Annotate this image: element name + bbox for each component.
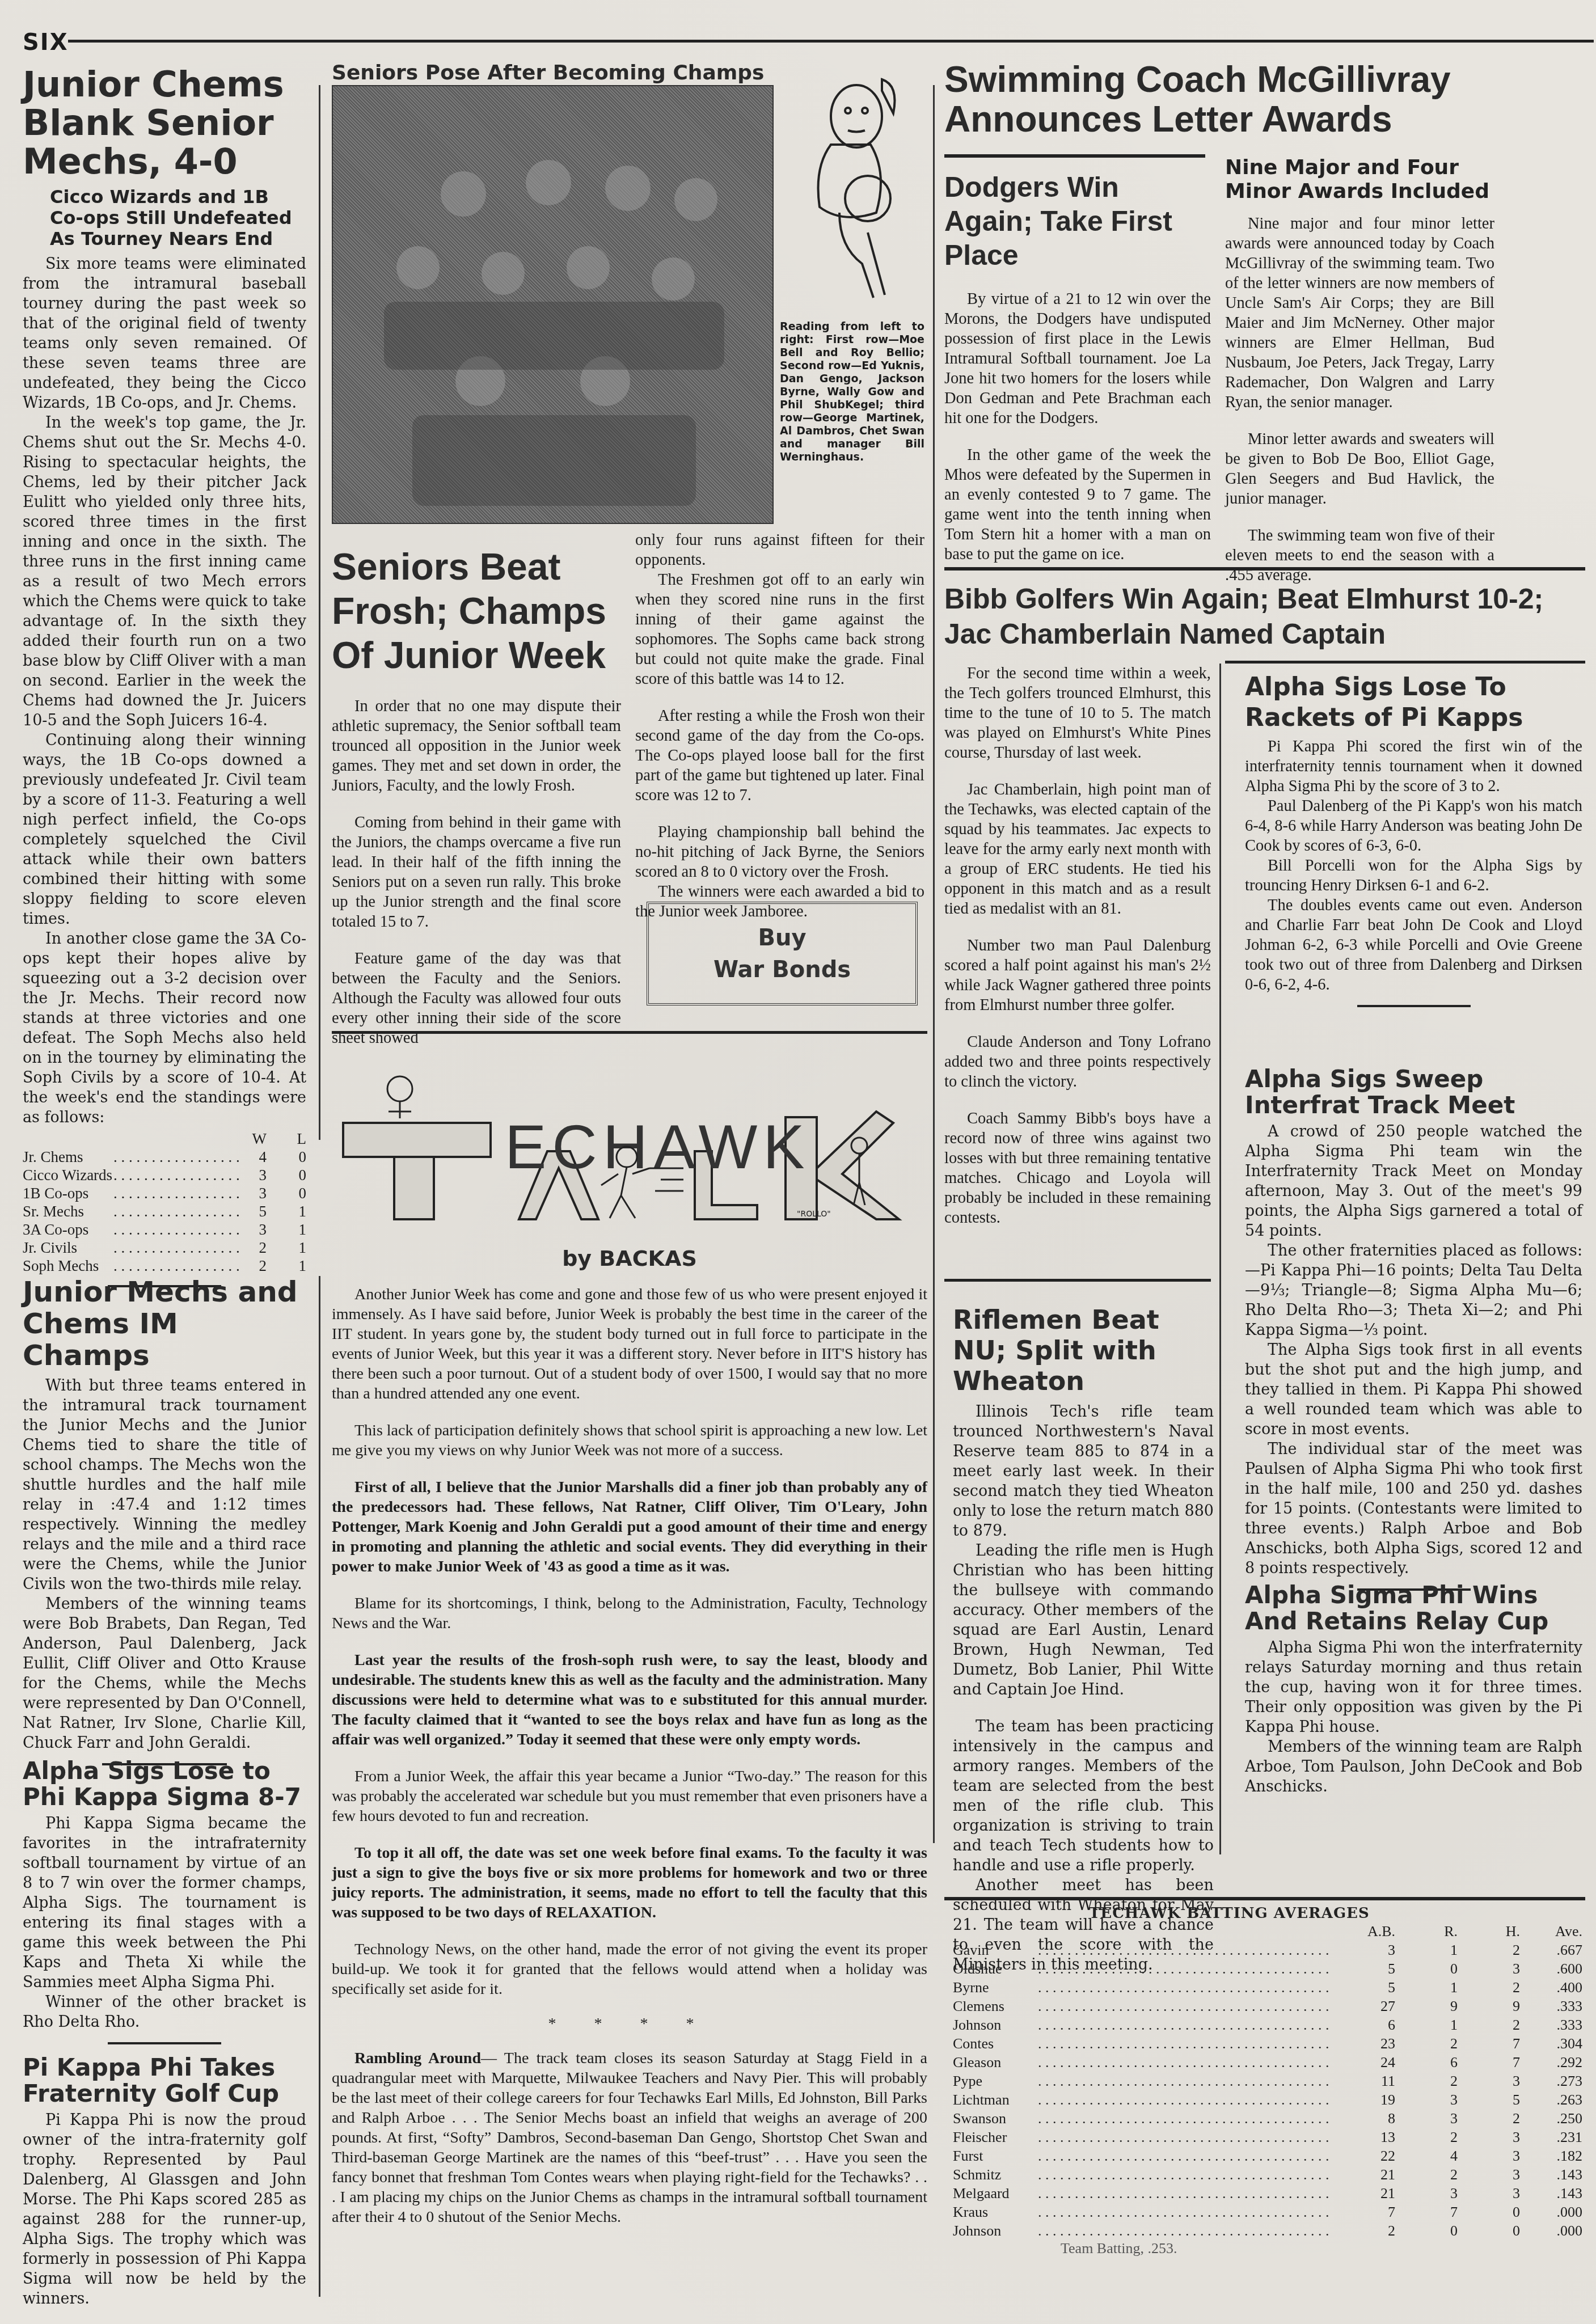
headline: Junior Chems Blank Senior Mechs, 4-0: [23, 65, 306, 181]
ave: .667: [1520, 1941, 1582, 1959]
techawk-talk-column: Another Junior Week has come and gone an…: [332, 1284, 927, 2227]
r: 1: [1395, 2015, 1458, 2034]
ab: 7: [1333, 2203, 1395, 2221]
ab: 23: [1333, 2034, 1395, 2053]
divider: [1357, 1005, 1471, 1007]
ave: .273: [1520, 2072, 1582, 2090]
paragraph: In order that no one may dispute their a…: [332, 696, 621, 796]
ab: 22: [1333, 2146, 1395, 2165]
col-l: L: [267, 1130, 306, 1148]
player: Swanson: [953, 2109, 1038, 2128]
article-riflemen: Riflemen Beat NU; Split with Wheaton Ill…: [953, 1304, 1214, 1975]
ab: 5: [1333, 1959, 1395, 1978]
paragraph: This lack of participation definitely sh…: [332, 1421, 927, 1460]
headline: Alpha Sigma Phi Wins And Retains Relay C…: [1245, 1582, 1582, 1634]
r: 2: [1395, 2165, 1458, 2184]
ave: .292: [1520, 2053, 1582, 2072]
table-row: Jr. Civils21: [23, 1239, 306, 1257]
column-rule: [319, 85, 320, 1140]
article-swimming: Swimming Coach McGillivray Announces Let…: [944, 60, 1585, 139]
losses: 0: [267, 1148, 306, 1166]
paragraph: For the second time within a week, the T…: [944, 664, 1211, 763]
top-rule: [68, 40, 1594, 43]
losses: 1: [267, 1220, 306, 1239]
r: 7: [1395, 2203, 1458, 2221]
paragraph: Members of the winning team are Ralph Ar…: [1245, 1737, 1582, 1797]
ave: .000: [1520, 2221, 1582, 2240]
player: Pype: [953, 2072, 1038, 2090]
column-rule: [1219, 664, 1221, 1854]
paragraph: Jac Chamberlain, high point man of the T…: [944, 780, 1211, 919]
h: 7: [1458, 2034, 1520, 2053]
column-rule: [319, 1276, 320, 2297]
paragraph: Nine major and four minor letter awards …: [1225, 214, 1494, 412]
standings-table: W L Jr. Chems40 Cicco Wizards30 1B Co-op…: [23, 1130, 306, 1275]
paragraph: Leading the rifle men is Hugh Christian …: [953, 1541, 1214, 1700]
h: 3: [1458, 2072, 1520, 2090]
table-row: Swanson832.250: [953, 2109, 1582, 2128]
table-row: Clemens2799.333: [953, 1997, 1582, 2015]
r: 3: [1395, 2090, 1458, 2109]
r: 3: [1395, 2109, 1458, 2128]
wins: 3: [244, 1184, 267, 1202]
player: Melgaard: [953, 2184, 1038, 2203]
batting-averages: TECHAWK BATTING AVERAGES A.B. R. H. Ave.…: [953, 1905, 1582, 2257]
table-row: Johnson612.333: [953, 2015, 1582, 2034]
player: Clemens: [953, 1997, 1038, 2015]
paragraph: Another Junior Week has come and gone an…: [332, 1284, 927, 1404]
paragraph: Six more teams were eliminated from the …: [23, 254, 306, 413]
h: 5: [1458, 2090, 1520, 2109]
section-rule: [332, 1031, 927, 1034]
section-rule: [944, 1897, 1585, 1900]
article-body: Phi Kappa Sigma became the favorites in …: [23, 1814, 306, 2032]
r: 3: [1395, 2184, 1458, 2203]
r: 4: [1395, 2146, 1458, 2165]
divider: [108, 2042, 221, 2044]
ab: 24: [1333, 2053, 1395, 2072]
ave: .143: [1520, 2184, 1582, 2203]
separator: * * * *: [332, 2014, 927, 2034]
ave: .182: [1520, 2146, 1582, 2165]
table-row: Melgaard2133.143: [953, 2184, 1582, 2203]
rambling-text: — The track team closes its season Satur…: [332, 2050, 927, 2226]
table-row: Byrne512.400: [953, 1978, 1582, 1997]
paragraph: Phi Kappa Sigma became the favorites in …: [23, 1814, 306, 1992]
h: 2: [1458, 1978, 1520, 1997]
paragraph: In another close game the 3A Co-ops kept…: [23, 929, 306, 1127]
wins: 2: [244, 1257, 267, 1275]
section-rule: [944, 567, 1585, 571]
r: 1: [1395, 1978, 1458, 1997]
player: Gleason: [953, 2053, 1038, 2072]
table-row: Johnson200.000: [953, 2221, 1582, 2240]
subhead: Nine Major and Four Minor Awards Include…: [1225, 156, 1494, 204]
headline: Riflemen Beat NU; Split with Wheaton: [953, 1304, 1214, 1396]
paragraph: To top it all off, the date was set one …: [332, 1843, 927, 1922]
paragraph: The Alpha Sigs took first in all events …: [1245, 1340, 1582, 1439]
team-photo: [332, 85, 774, 524]
h: 3: [1458, 1959, 1520, 1978]
wins: 4: [244, 1148, 267, 1166]
player: Lichtman: [953, 2090, 1038, 2109]
losses: 1: [267, 1257, 306, 1275]
headline: Alpha Sigs Lose To Rackets of Pi Kapps: [1245, 672, 1582, 733]
ab: 8: [1333, 2109, 1395, 2128]
team: Jr. Civils: [23, 1239, 113, 1257]
paragraph: only four runs against fifteen for their…: [635, 530, 924, 570]
col-r: R.: [1395, 1922, 1458, 1941]
player: Oldshue: [953, 1959, 1038, 1978]
h: 3: [1458, 2146, 1520, 2165]
section-rule: [944, 154, 1205, 158]
h: 3: [1458, 2165, 1520, 2184]
r: 2: [1395, 2072, 1458, 2090]
ave: .250: [1520, 2109, 1582, 2128]
article-body: Pi Kappa Phi is now the proud owner of t…: [23, 2110, 306, 2309]
column-rule: [933, 85, 935, 1843]
paragraph: Minor letter awards and sweaters will be…: [1225, 429, 1494, 509]
article-track-meet: Alpha Sigs Sweep Interfrat Track Meet A …: [1245, 1066, 1582, 1601]
paragraph: Pi Kappa Phi is now the proud owner of t…: [23, 2110, 306, 2309]
headline: Pi Kappa Phi Takes Fraternity Golf Cup: [23, 2055, 306, 2107]
paragraph: From a Junior Week, the affair this year…: [332, 1767, 927, 1826]
h: 9: [1458, 1997, 1520, 2015]
article-dodgers: Dodgers Win Again; Take First Place By v…: [944, 170, 1211, 564]
table-row: Furst2243.182: [953, 2146, 1582, 2165]
paragraph: Members of the winning teams were Bob Br…: [23, 1594, 306, 1753]
paragraph: Last year the results of the frosh-soph …: [332, 1650, 927, 1750]
losses: 1: [267, 1202, 306, 1220]
table-row: Gavin312.667: [953, 1941, 1582, 1959]
headline: Alpha Sigs Lose to Phi Kappa Sigma 8-7: [23, 1758, 306, 1810]
batting-table: A.B. R. H. Ave. Gavin312.667 Oldshue503.…: [953, 1922, 1582, 2240]
rambling-label: Rambling Around: [354, 2050, 481, 2067]
page-number: SIX: [23, 29, 69, 56]
player: Gavin: [953, 1941, 1038, 1959]
player: Fleischer: [953, 2128, 1038, 2146]
ave: .263: [1520, 2090, 1582, 2109]
paragraph: By virtue of a 21 to 12 win over the Mor…: [944, 289, 1211, 428]
article-body: Pi Kappa Phi scored the first win of the…: [1245, 737, 1582, 995]
ab: 5: [1333, 1978, 1395, 1997]
ave: .333: [1520, 1997, 1582, 2015]
player: Byrne: [953, 1978, 1038, 1997]
paragraph: The Freshmen got off to an early win whe…: [635, 570, 924, 689]
ave: .333: [1520, 2015, 1582, 2034]
ave: .600: [1520, 1959, 1582, 1978]
r: 6: [1395, 2053, 1458, 2072]
section-rule: [944, 1279, 1211, 1282]
paragraph: After resting a while the Frosh won thei…: [635, 706, 924, 805]
svg-text:"ROLLO": "ROLLO": [797, 1210, 831, 1219]
table-row: Cicco Wizards30: [23, 1166, 306, 1184]
ave: .000: [1520, 2203, 1582, 2221]
article-golfers-body: For the second time within a week, the T…: [944, 664, 1211, 1228]
ab: 21: [1333, 2165, 1395, 2184]
losses: 0: [267, 1184, 306, 1202]
article-body: Nine major and four minor letter awards …: [1225, 214, 1494, 585]
article-im-champs: Junior Mechs and Chems IM Champs With bu…: [23, 1276, 306, 1776]
paragraph: Technology News, on the other hand, made…: [332, 1940, 927, 1999]
table-row: Pype1123.273: [953, 2072, 1582, 2090]
bonds-line1: Buy: [649, 922, 915, 954]
article-body: Alpha Sigma Phi won the interfraternity …: [1245, 1638, 1582, 1797]
paragraph: The team has been practicing intensively…: [953, 1717, 1214, 1875]
headline: Bibb Golfers Win Again; Beat Elmhurst 10…: [944, 581, 1585, 652]
paragraph: Coach Sammy Bibb's boys have a record no…: [944, 1109, 1211, 1228]
article-relay-cup: Alpha Sigma Phi Wins And Retains Relay C…: [1245, 1582, 1582, 1797]
techawk-talk-banner: ECHAWK "ROLLO": [332, 1038, 927, 1231]
col-h: H.: [1458, 1922, 1520, 1941]
player: Johnson: [953, 2015, 1038, 2034]
paragraph: Illinois Tech's rifle team trounced Nort…: [953, 1402, 1214, 1541]
r: 9: [1395, 1997, 1458, 2015]
table-row: Sr. Mechs51: [23, 1202, 306, 1220]
team: Soph Mechs: [23, 1257, 113, 1275]
ab: 6: [1333, 2015, 1395, 2034]
losses: 0: [267, 1166, 306, 1184]
paragraph: The doubles events came out even. Anders…: [1245, 895, 1582, 995]
headline: Seniors Beat Frosh; Champs Of Junior Wee…: [332, 544, 621, 677]
wins: 2: [244, 1239, 267, 1257]
svg-text:ECHAWK: ECHAWK: [505, 1112, 810, 1182]
r: 0: [1395, 2221, 1458, 2240]
newspaper-page: SIX Junior Chems Blank Senior Mechs, 4-0…: [0, 0, 1596, 2324]
people-silhouettes-icon: [333, 86, 772, 523]
paragraph: Claude Anderson and Tony Lofrano added t…: [944, 1032, 1211, 1092]
ab: 19: [1333, 2090, 1395, 2109]
paragraph: With but three teams entered in the intr…: [23, 1376, 306, 1594]
ab: 21: [1333, 2184, 1395, 2203]
losses: 1: [267, 1239, 306, 1257]
ave: .143: [1520, 2165, 1582, 2184]
ave: .231: [1520, 2128, 1582, 2146]
hawk-mascot-icon: [783, 62, 924, 312]
wins: 3: [244, 1166, 267, 1184]
ab: 13: [1333, 2128, 1395, 2146]
team-batting: Team Batting, .253.: [1061, 2240, 1582, 2257]
article-body: By virtue of a 21 to 12 win over the Mor…: [944, 289, 1211, 564]
ab: 2: [1333, 2221, 1395, 2240]
table-row: 3A Co-ops31: [23, 1220, 306, 1239]
ave: .400: [1520, 1978, 1582, 1997]
ave: .304: [1520, 2034, 1582, 2053]
paragraph: Winner of the other bracket is Rho Delta…: [23, 1992, 306, 2032]
headline: Swimming Coach McGillivray Announces Let…: [944, 60, 1585, 139]
article-tennis: Alpha Sigs Lose To Rackets of Pi Kapps P…: [1245, 672, 1582, 1017]
paragraph: Blame for its shortcomings, I think, bel…: [332, 1594, 927, 1633]
paragraph: The individual star of the meet was Paul…: [1245, 1439, 1582, 1578]
table-row: Lichtman1935.263: [953, 2090, 1582, 2109]
article-seniors-beat-frosh-col2: only four runs against fifteen for their…: [635, 530, 924, 922]
table-row: Soph Mechs21: [23, 1257, 306, 1275]
ab: 11: [1333, 2072, 1395, 2090]
wins: 5: [244, 1202, 267, 1220]
paragraph: Alpha Sigma Phi won the interfraternity …: [1245, 1638, 1582, 1737]
headline: Junior Mechs and Chems IM Champs: [23, 1276, 306, 1371]
article-swimming-body: Nine Major and Four Minor Awards Include…: [1225, 156, 1494, 585]
paragraph: First of all, I believe that the Junior …: [332, 1477, 927, 1577]
batting-title: TECHAWK BATTING AVERAGES: [1089, 1905, 1582, 1922]
photo-caption: Reading from left to right: First row—Mo…: [780, 320, 924, 464]
war-bonds-box: Buy War Bonds: [647, 902, 918, 1005]
article-golfers-headline: Bibb Golfers Win Again; Beat Elmhurst 10…: [944, 581, 1585, 652]
paragraph: Paul Dalenberg of the Pi Kapp's won his …: [1245, 796, 1582, 856]
article-seniors-beat-frosh: Seniors Beat Frosh; Champs Of Junior Wee…: [332, 544, 621, 1048]
h: 0: [1458, 2203, 1520, 2221]
col-ave: Ave.: [1520, 1922, 1582, 1941]
col-ab: A.B.: [1333, 1922, 1395, 1941]
paragraph: Coming from behind in their game with th…: [332, 813, 621, 932]
team: Cicco Wizards: [23, 1166, 113, 1184]
r: 1: [1395, 1941, 1458, 1959]
r: 0: [1395, 1959, 1458, 1978]
subhead: Cicco Wizards and 1B Co-ops Still Undefe…: [50, 187, 306, 250]
paragraph: Bill Porcelli won for the Alpha Sigs by …: [1245, 856, 1582, 895]
standings-header: W L: [23, 1130, 306, 1148]
article-body: Illinois Tech's rifle team trounced Nort…: [953, 1402, 1214, 1975]
headline: Alpha Sigs Sweep Interfrat Track Meet: [1245, 1066, 1582, 1118]
article-body: With but three teams entered in the intr…: [23, 1376, 306, 1753]
team: Jr. Chems: [23, 1148, 113, 1166]
player: Kraus: [953, 2203, 1038, 2221]
table-row: Oldshue503.600: [953, 1959, 1582, 1978]
player: Johnson: [953, 2221, 1038, 2240]
team: Sr. Mechs: [23, 1202, 113, 1220]
ab: 3: [1333, 1941, 1395, 1959]
article-junior-chems: Junior Chems Blank Senior Mechs, 4-0 Cic…: [23, 65, 306, 1298]
h: 2: [1458, 2109, 1520, 2128]
team: 1B Co-ops: [23, 1184, 113, 1202]
h: 2: [1458, 1941, 1520, 1959]
section-rule: [1225, 661, 1585, 664]
paragraph: Continuing along their winning ways, the…: [23, 730, 306, 929]
paragraph: In the week's top game, the Jr. Chems sh…: [23, 413, 306, 730]
col-w: W: [244, 1130, 267, 1148]
byline: by BACKAS: [332, 1248, 927, 1270]
player: Furst: [953, 2146, 1038, 2165]
ab: 27: [1333, 1997, 1395, 2015]
team: 3A Co-ops: [23, 1220, 113, 1239]
table-row: Kraus770.000: [953, 2203, 1582, 2221]
h: 2: [1458, 2015, 1520, 2034]
r: 2: [1395, 2128, 1458, 2146]
article-body-col1: In order that no one may dispute their a…: [332, 696, 621, 1048]
paragraph: Playing championship ball behind the no-…: [635, 822, 924, 882]
article-body: A crowd of 250 people watched the Alpha …: [1245, 1122, 1582, 1578]
player: Schmitz: [953, 2165, 1038, 2184]
paragraph: A crowd of 250 people watched the Alpha …: [1245, 1122, 1582, 1241]
article-body: Six more teams were eliminated from the …: [23, 254, 306, 1127]
player: Contes: [953, 2034, 1038, 2053]
bonds-line2: War Bonds: [649, 954, 915, 986]
h: 3: [1458, 2184, 1520, 2203]
table-row: Jr. Chems40: [23, 1148, 306, 1166]
paragraph: The swimming team won five of their elev…: [1225, 526, 1494, 585]
h: 0: [1458, 2221, 1520, 2240]
article-phi-kappa-sigma: Alpha Sigs Lose to Phi Kappa Sigma 8-7 P…: [23, 1758, 306, 2309]
table-row: Gleason2467.292: [953, 2053, 1582, 2072]
table-row: Schmitz2123.143: [953, 2165, 1582, 2184]
mascot-illustration: [783, 62, 924, 312]
table-row: 1B Co-ops30: [23, 1184, 306, 1202]
table-row: Fleischer1323.231: [953, 2128, 1582, 2146]
h: 7: [1458, 2053, 1520, 2072]
paragraph: Pi Kappa Phi scored the first win of the…: [1245, 737, 1582, 796]
techawk-talk-logo-icon: ECHAWK "ROLLO": [332, 1038, 927, 1231]
h: 3: [1458, 2128, 1520, 2146]
wins: 3: [244, 1220, 267, 1239]
headline: Dodgers Win Again; Take First Place: [944, 170, 1211, 272]
paragraph: The other fraternities placed as follows…: [1245, 1241, 1582, 1340]
table-row: Contes2327.304: [953, 2034, 1582, 2053]
paragraph: In the other game of the week the Mhos w…: [944, 445, 1211, 564]
batting-header: A.B. R. H. Ave.: [953, 1922, 1582, 1941]
r: 2: [1395, 2034, 1458, 2053]
paragraph: Number two man Paul Dalenburg scored a h…: [944, 936, 1211, 1015]
